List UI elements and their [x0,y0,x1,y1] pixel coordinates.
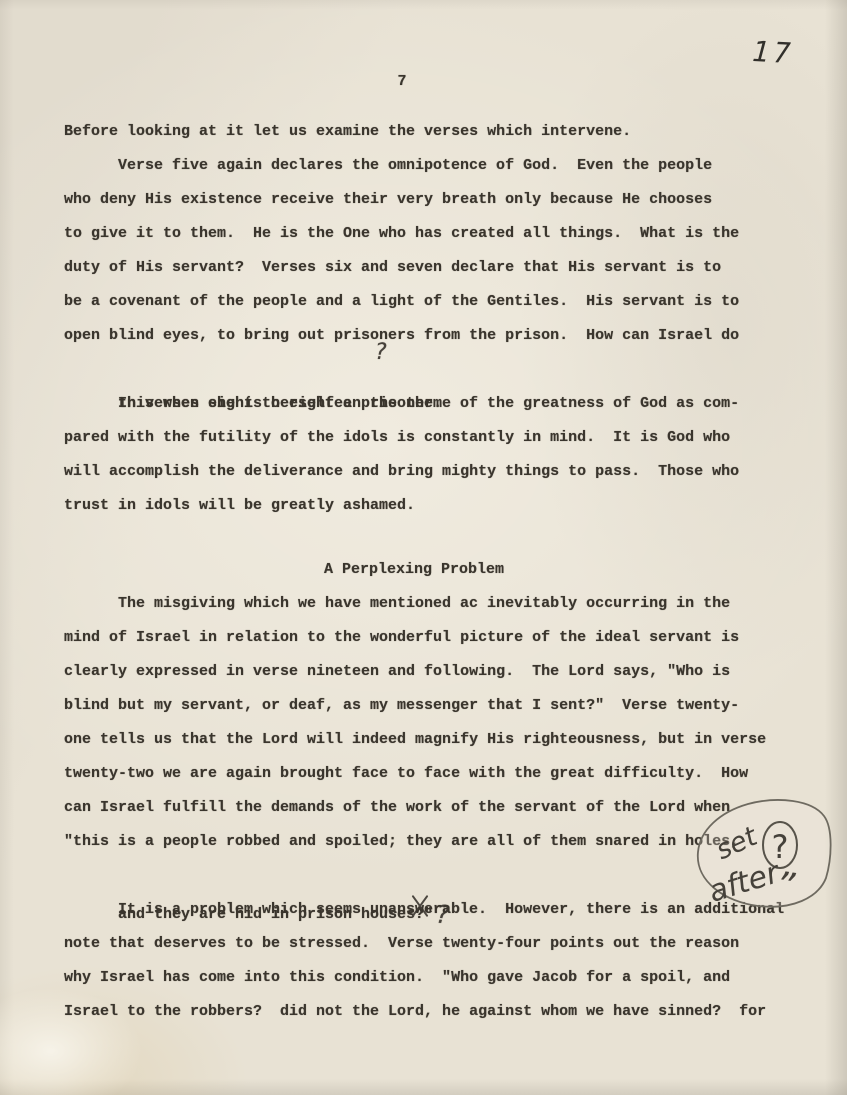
text-line: will accomplish the deliverance and brin… [64,455,784,489]
handwritten-question-mark: ? [375,336,387,370]
text-line: pared with the futility of the idols is … [64,421,784,455]
text-line-with-edit: and they are hid in prison houses?"? [64,859,784,893]
text-line: mind of Israel in relation to the wonder… [64,621,784,655]
text-line: note that deserves to be stressed. Verse… [64,927,784,961]
text-line: Israel to the robbers? did not the Lord,… [64,995,784,1029]
text-line: to give it to them. He is the One who ha… [64,217,784,251]
text-line: clearly expressed in verse nineteen and … [64,655,784,689]
text-line: twenty-two we are again brought face to … [64,757,784,791]
text-line: why Israel has come into this condition.… [64,961,784,995]
typed-page-number: 7 [42,72,762,92]
text-line: trust in idols will be greatly ashamed. [64,489,784,523]
text-line: be a covenant of the people and a light … [64,285,784,319]
text-line: open blind eyes, to bring out prisoners … [64,319,784,353]
text-line: blind but my servant, or deaf, as my mes… [64,689,784,723]
text-line-with-edit: this when she is herself a prisoner.? [64,353,784,387]
body-text: Before looking at it let us examine the … [64,115,784,1029]
text-line: Verse five again declares the omnipotenc… [64,149,784,183]
handwritten-page-number: 17 [748,35,798,70]
margin-annotation: ? set after ” [690,790,842,916]
text-line: It is a problem which seems unanswerable… [64,893,784,927]
document-page: 7 17 Before looking at it let us examine… [0,0,847,1095]
text-line: The misgiving which we have mentioned ac… [64,587,784,621]
text-line: "this is a people robbed and spoiled; th… [64,825,784,859]
text-line: one tells us that the Lord will indeed m… [64,723,784,757]
section-heading: A Perplexing Problem [54,553,774,587]
text-line: duty of His servant? Verses six and seve… [64,251,784,285]
text-line: In verses eight to eighteen the theme of… [64,387,784,421]
text-line: can Israel fulfill the demands of the wo… [64,791,784,825]
text-line: Before looking at it let us examine the … [64,115,784,149]
text-line: who deny His existence receive their ver… [64,183,784,217]
